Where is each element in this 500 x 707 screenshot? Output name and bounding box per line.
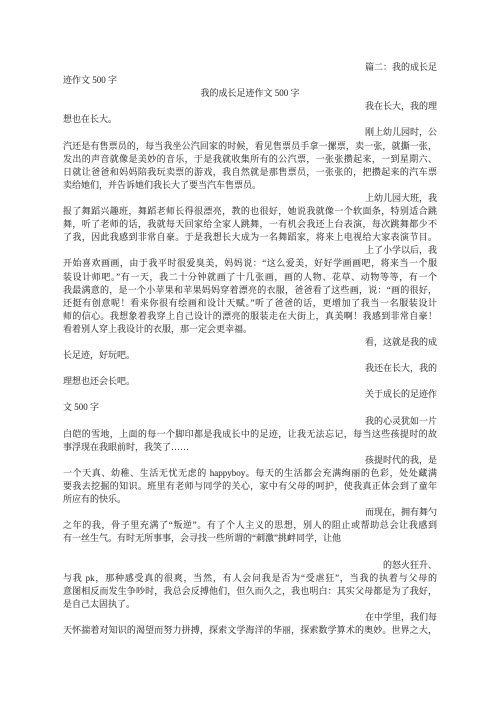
- text-line: 上幼儿园大班，我: [63, 192, 437, 205]
- text-line: 舞，听了老师的话，我就每天回家给全家人跳舞，一有机会我还上台表演，每次跳舞都少不: [63, 218, 437, 231]
- text-line: 而现在，拥有舞勺: [63, 506, 437, 519]
- text-line: 我的心灵犹如一片: [63, 415, 437, 428]
- text-line: 发出的声音就像是美妙的音乐，于是我就收集所有的公汽票，一张张攒起来，一到星期六、: [63, 153, 437, 166]
- text-line: 装设计师吧。”有一天，我二十分钟就画了十几张画，画的人物、花草、动物等等，有一个: [63, 271, 437, 284]
- text-line: 还挺有创意呢！看来你很有绘画和设计天赋。”听了爸爸的话，更增加了我当一名服装设计: [63, 297, 437, 310]
- text-line: 上了小学以后，我: [63, 244, 437, 257]
- text-line: 报了舞蹈兴趣班，舞蹈老师长得很漂亮，教的也很好，她说我就像一个软面条，特别适合跳: [63, 205, 437, 218]
- text-line: 孩提时代的我，是: [63, 454, 437, 467]
- text-line: 意图相反而发生争吵时，我总会反搏他们，但久而久之，我也明白：其实父母都是为了我好…: [63, 585, 437, 598]
- text-line: 文 500 字: [63, 401, 437, 414]
- blank-line: [63, 545, 437, 558]
- text-line: 汽还是有售票员的，每当我坐公汽回家的时候，看见售票员手拿一摞票，卖一张，就撕一张…: [63, 140, 437, 153]
- text-line: 看，这就是我的成: [63, 336, 437, 349]
- text-line: 理想也还会长吧。: [63, 375, 437, 388]
- text-line: 在中学里，我们每: [63, 611, 437, 624]
- text-line: 白皑的雪地，上面的每一个脚印都是我成长中的足迹，让我无法忘记，每当这些孩提时的故: [63, 428, 437, 441]
- text-line: 想也在长大。: [63, 113, 437, 126]
- text-line: 与我 pk，那种感受真的很爽，当然，有人会问我是否为“受虐狂”，当我的执着与父母…: [63, 572, 437, 585]
- text-line: 刚上幼儿园时，公: [63, 126, 437, 139]
- text-line: 天怀揣着对知识的渴望而努力拼搏，探索文学海洋的华丽，探索数学算术的奥妙。世界之大…: [63, 624, 437, 637]
- text-line: 篇二：我的成长足: [63, 61, 437, 74]
- text-line: 长足迹，好玩吧。: [63, 349, 437, 362]
- text-line: 是自己太固执了。: [63, 598, 437, 611]
- text-line: 开始喜欢画画，由于我平时很爱臭美，妈妈说：“这么爱美，好好学画画吧，将来当一个服: [63, 257, 437, 270]
- text-line: 我还在长大，我的: [63, 362, 437, 375]
- text-line: 日就让爸爸和妈妈陪我玩卖票的游戏，我自然就是那售票员，一张张的，把攒起来的汽车票: [63, 166, 437, 179]
- text-line: 迹作文 500 字: [63, 74, 437, 87]
- text-line: 的怒火狂升、: [63, 559, 437, 572]
- text-line: 卖给她们，并告诉她们我长大了要当汽车售票员。: [63, 179, 437, 192]
- text-line: 看着别人穿上我设计的衣服，那一定会更幸福。: [63, 323, 437, 336]
- text-line: 所应有的快乐。: [63, 493, 437, 506]
- text-line: 关于成长的足迹作: [63, 388, 437, 401]
- text-line: 师的信心。我想象着我穿上自己设计的漂亮的服装走在大街上，真美啊！我感到非常自豪！: [63, 310, 437, 323]
- text-line: 事浮现在我眼前时，我笑了……: [63, 441, 437, 454]
- text-line: 之年的我，骨子里充满了“叛逆”。有了个人主义的思想，别人的阻止或帮助总会让我感到: [63, 519, 437, 532]
- text-line: 一个天真、幼稚、生活无忧无虑的 happyboy。每天的生活都会充满绚丽的色彩，…: [63, 467, 437, 480]
- text-line: 我在长大，我的理: [63, 100, 437, 113]
- essay-title: 我的成长足迹作文 500 字: [63, 87, 437, 100]
- text-line: 我最满意的，是一个小苹果和苹果妈妈穿着漂亮的衣服，爸爸看了这些画，说：“画的很好…: [63, 284, 437, 297]
- text-line: 要我去挖掘的知识。班里有老师与同学的关心，家中有父母的呵护，使我真正体会到了童年: [63, 480, 437, 493]
- document-page: 篇二：我的成长足 迹作文 500 字 我的成长足迹作文 500 字 我在长大，我…: [0, 0, 500, 707]
- text-line: 了我，因此我感到非常自豪。于是我想长大成为一名舞蹈家，将来上电视给大家表演节目。: [63, 231, 437, 244]
- text-line: 有一丝生气。有时无所事事，会寻找一些所谓的“刺激”挑衅同学，让他: [63, 532, 437, 545]
